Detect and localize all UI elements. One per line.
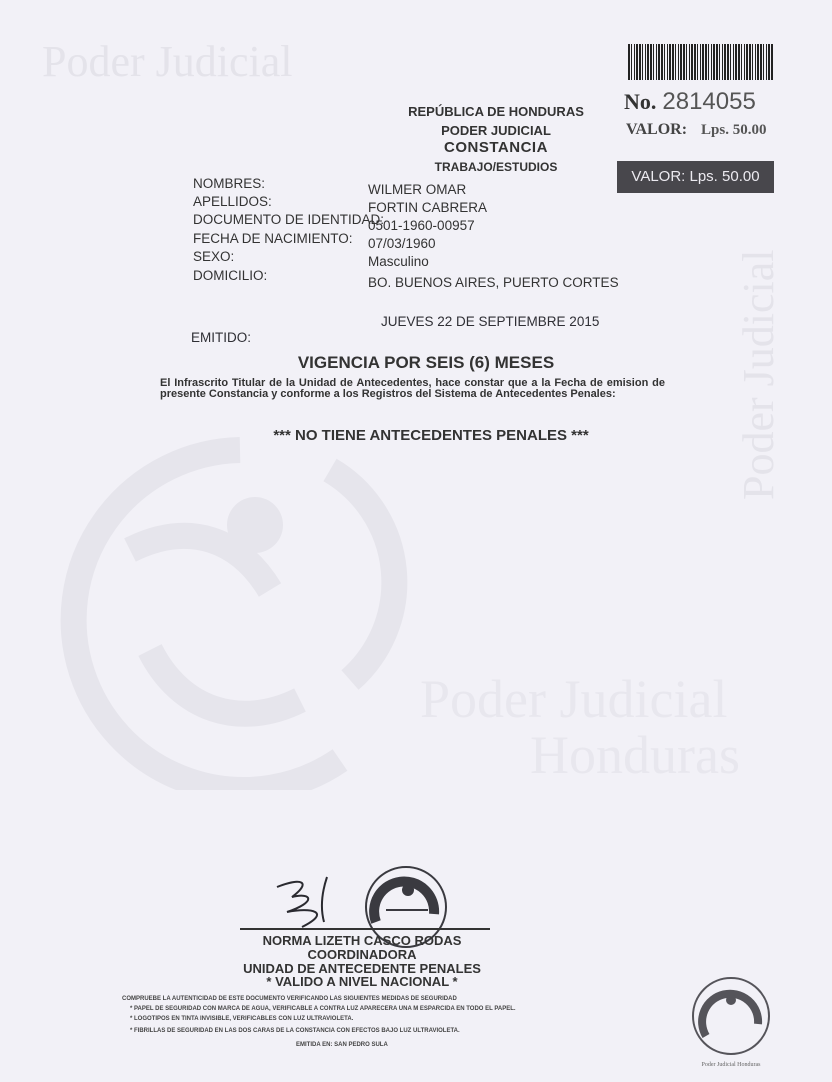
field-label-sexo: SEXO: xyxy=(193,249,234,264)
signer-title: COORDINADORA xyxy=(0,947,778,962)
footer-item: * PAPEL DE SEGURIDAD CON MARCA DE AGUA, … xyxy=(130,1006,516,1012)
signature-line xyxy=(240,928,490,930)
validity-heading: VIGENCIA POR SEIS (6) MESES xyxy=(0,353,832,373)
field-value-domicilio: BO. BUENOS AIRES, PUERTO CORTES xyxy=(368,275,619,290)
watermark-center-line2: Honduras xyxy=(530,724,740,786)
footer-item: * FIBRILLAS DE SEGURIDAD EN LAS DOS CARA… xyxy=(130,1028,460,1034)
signer-name: NORMA LIZETH CASCO RODAS xyxy=(0,933,778,948)
field-label-domicilio: DOMICILIO: xyxy=(193,268,267,283)
field-label-documento: DOCUMENTO DE IDENTIDAD: xyxy=(193,212,384,227)
footer-intro: COMPRUEBE LA AUTENTICIDAD DE ESTE DOCUME… xyxy=(122,996,457,1002)
header-doc-type: CONSTANCIA xyxy=(80,139,832,156)
barcode xyxy=(628,44,774,80)
corner-seal-sub: Poder Judicial Honduras xyxy=(702,1062,762,1068)
field-label-fecha-nacimiento: FECHA DE NACIMIENTO: xyxy=(193,231,353,246)
field-value-fecha-nacimiento: 07/03/1960 xyxy=(368,236,436,251)
field-value-nombres: WILMER OMAR xyxy=(368,182,466,197)
statement-paragraph: El Infrascrito Titular de la Unidad de A… xyxy=(160,378,665,400)
watermark-seal-icon xyxy=(40,430,470,795)
issued-date: JUEVES 22 DE SEPTIEMBRE 2015 xyxy=(381,314,599,329)
header-purpose: TRABAJO/ESTUDIOS xyxy=(80,160,832,174)
header-country: REPÚBLICA DE HONDURAS xyxy=(80,104,832,119)
corner-seal-icon: Poder Judicial Honduras xyxy=(676,966,786,1081)
field-value-sexo: Masculino xyxy=(368,254,429,269)
footer-item: * LOGOTIPOS EN TINTA INVISIBLE, VERIFICA… xyxy=(130,1016,353,1022)
field-label-nombres: NOMBRES: xyxy=(193,176,265,191)
header-institution: PODER JUDICIAL xyxy=(80,123,832,138)
issued-label: EMITIDO: xyxy=(191,330,251,345)
result-text: *** NO TIENE ANTECEDENTES PENALES *** xyxy=(0,427,832,444)
watermark-top: Poder Judicial xyxy=(42,36,293,87)
field-value-documento: 0501-1960-00957 xyxy=(368,218,475,233)
field-label-apellidos: APELLIDOS: xyxy=(193,194,272,209)
national-validity: * VALIDO A NIVEL NACIONAL * xyxy=(0,974,778,989)
footer-issued-in: EMITIDA EN: SAN PEDRO SULA xyxy=(296,1042,388,1048)
watermark-side: Poder Judicial xyxy=(733,249,784,500)
field-value-apellidos: FORTIN CABRERA xyxy=(368,200,487,215)
